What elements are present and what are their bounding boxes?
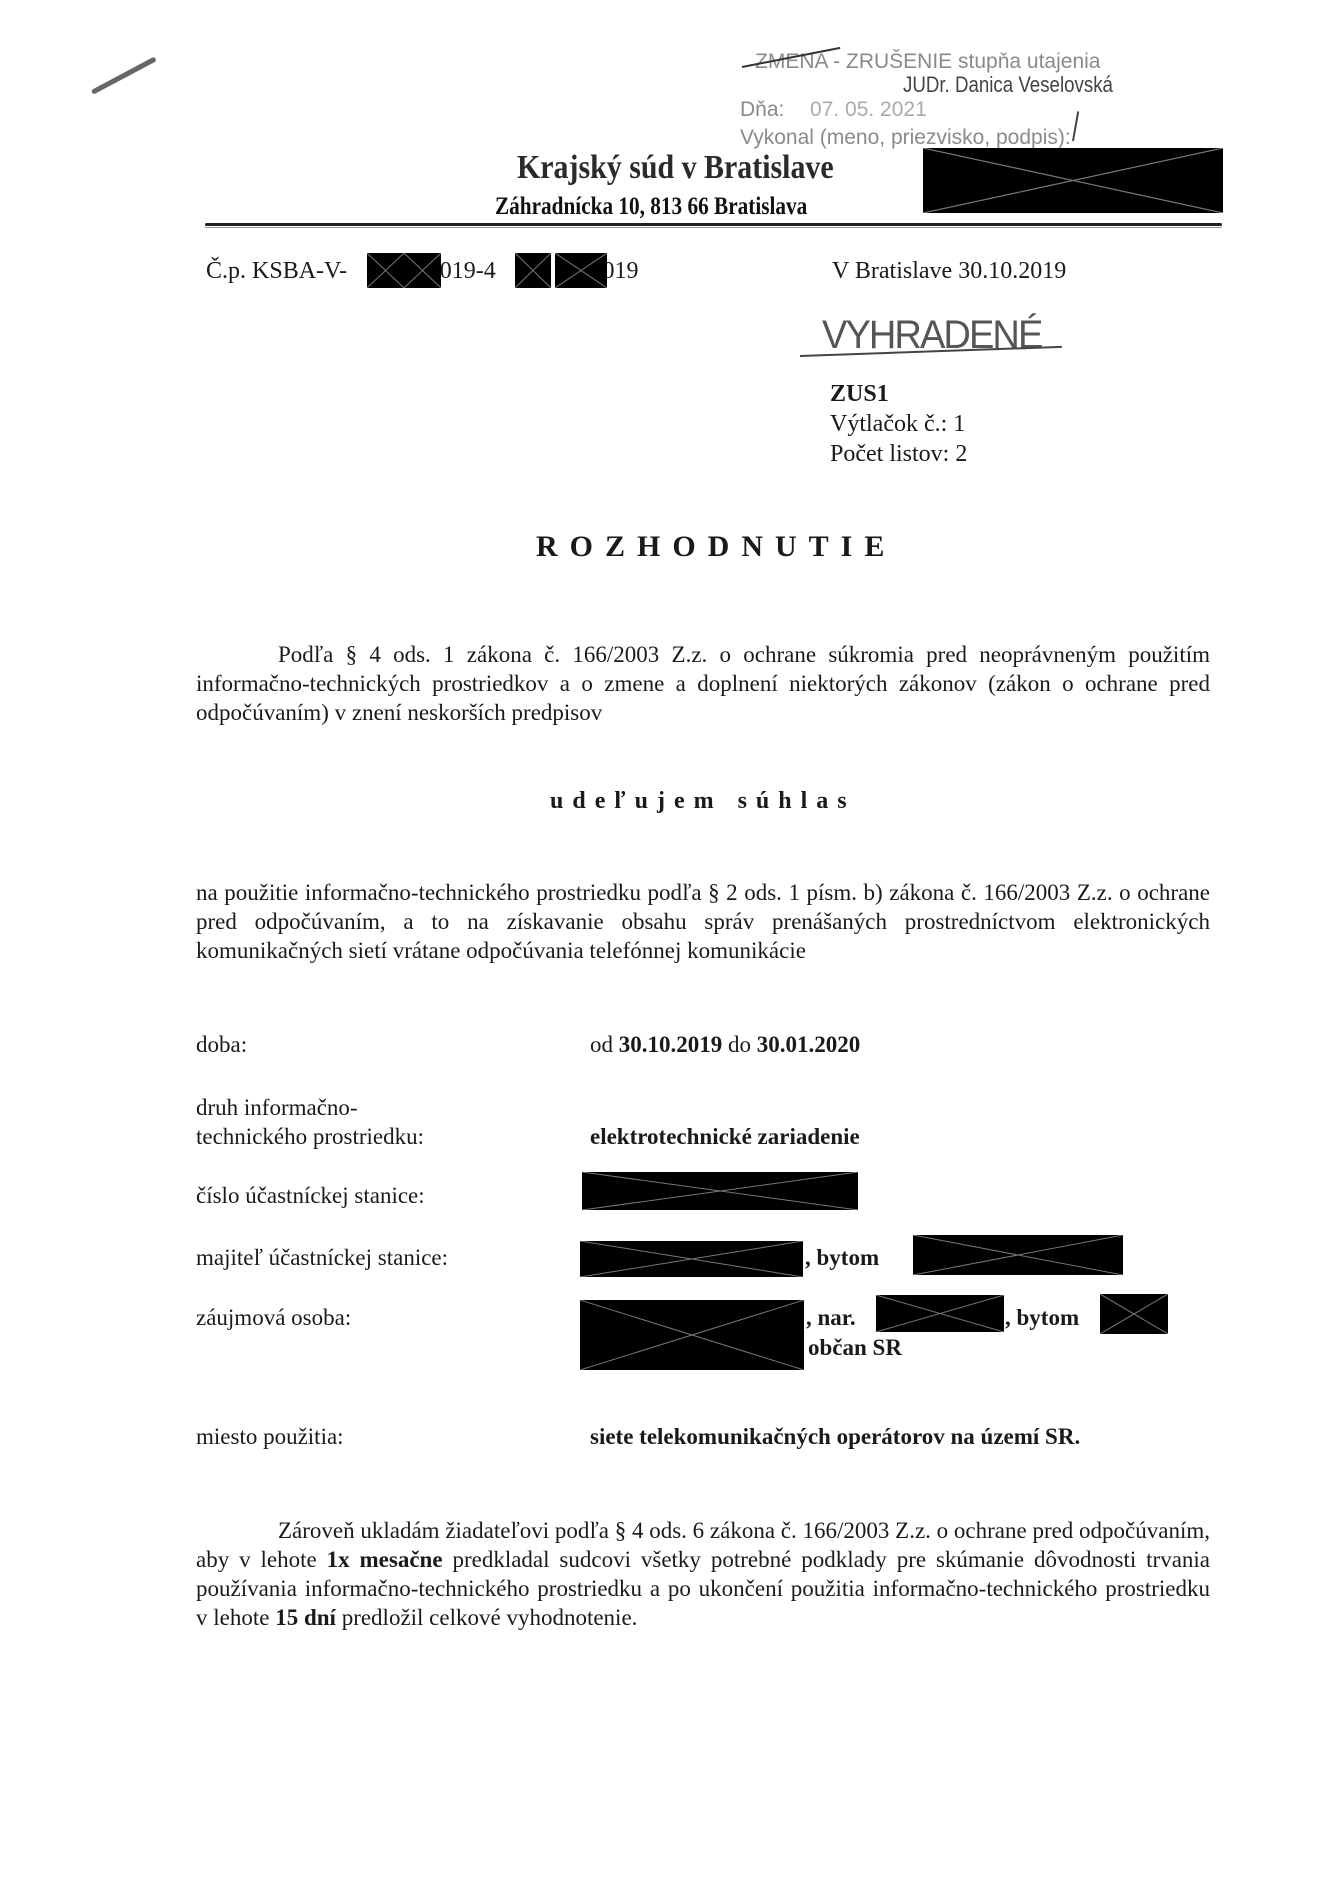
stamp-signer-name: JUDr. Danica Veselovská bbox=[903, 72, 1113, 98]
redaction-box bbox=[923, 148, 1223, 213]
sheet-count: Počet listov: 2 bbox=[830, 440, 967, 469]
duration-prefix: od bbox=[590, 1032, 619, 1057]
field-station-number-label: číslo účastníckej stanice: bbox=[196, 1181, 425, 1210]
field-device-type-value: elektrotechnické zariadenie bbox=[590, 1122, 860, 1151]
redaction-box bbox=[367, 253, 441, 288]
consent-heading: udeľujem súhlas bbox=[550, 788, 856, 815]
stamp-signature bbox=[1072, 111, 1079, 141]
redaction-box bbox=[913, 1235, 1123, 1275]
field-station-owner-label: majiteľ účastníckej stanice: bbox=[196, 1243, 448, 1272]
field-place-label: miesto použitia: bbox=[196, 1422, 344, 1451]
copy-number: Výtlačok č.: 1 bbox=[830, 410, 965, 439]
stamp-date-value: 07. 05. 2021 bbox=[810, 98, 927, 122]
field-place-value: siete telekomunikačných operátorov na úz… bbox=[590, 1422, 1080, 1451]
field-duration-value: od 30.10.2019 do 30.01.2020 bbox=[590, 1030, 860, 1059]
header-divider-shadow bbox=[205, 227, 1222, 228]
duration-to: 30.01.2020 bbox=[757, 1032, 861, 1057]
document-title: ROZHODNUTIE bbox=[536, 530, 896, 564]
field-device-type-label-2: technického prostriedku: bbox=[196, 1122, 424, 1151]
redaction-box bbox=[555, 253, 607, 288]
intro-paragraph: Podľa § 4 ods. 1 zákona č. 166/2003 Z.z.… bbox=[196, 640, 1210, 727]
place-date: V Bratislave 30.10.2019 bbox=[832, 257, 1066, 286]
duration-from: 30.10.2019 bbox=[619, 1032, 723, 1057]
person-born-label: , nar. bbox=[806, 1303, 856, 1332]
court-address: Záhradnícka 10, 813 66 Bratislava bbox=[495, 193, 807, 221]
redaction-box bbox=[515, 253, 551, 288]
redaction-box bbox=[580, 1300, 804, 1370]
consent-paragraph: na použitie informačno-technického prost… bbox=[196, 878, 1210, 965]
scan-artifact-mark bbox=[91, 56, 157, 94]
duration-mid: do bbox=[722, 1032, 757, 1057]
redaction-box bbox=[1100, 1294, 1168, 1334]
person-citizenship: občan SR bbox=[808, 1333, 902, 1362]
redaction-box bbox=[580, 1241, 803, 1277]
court-name: Krajský súd v Bratislave bbox=[517, 149, 834, 187]
field-person-label: záujmová osoba: bbox=[196, 1303, 351, 1332]
header-divider bbox=[205, 223, 1222, 226]
closing-frequency: 1x mesačne bbox=[327, 1547, 443, 1572]
stamp-executed-by: Vykonal (meno, priezvisko, podpis): bbox=[740, 126, 1071, 150]
field-duration-label: doba: bbox=[196, 1030, 247, 1059]
redaction-box bbox=[582, 1172, 858, 1210]
station-owner-suffix: , bytom bbox=[805, 1243, 879, 1272]
closing-deadline: 15 dní bbox=[275, 1605, 336, 1630]
classification-code: ZUS1 bbox=[830, 380, 889, 409]
closing-paragraph: Zároveň ukladám žiadateľovi podľa § 4 od… bbox=[196, 1516, 1210, 1632]
person-residence-label: , bytom bbox=[1005, 1303, 1079, 1332]
stamp-date-label: Dňa: bbox=[740, 98, 784, 122]
field-device-type-label-1: druh informačno- bbox=[196, 1093, 358, 1122]
closing-part3: predložil celkové vyhodnotenie. bbox=[336, 1605, 637, 1630]
redaction-box bbox=[876, 1295, 1004, 1332]
reference-prefix: Č.p. KSBA-V- bbox=[206, 258, 347, 284]
